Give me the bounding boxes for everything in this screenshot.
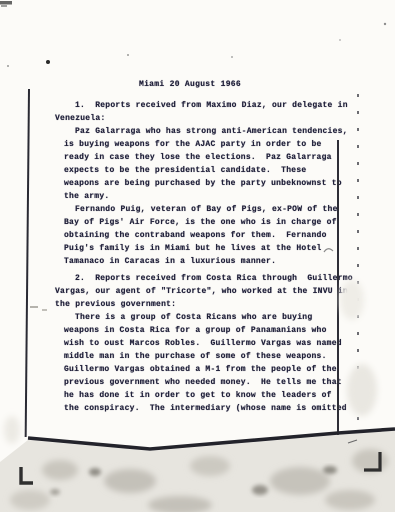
text-line: Puig's family is in Miami but he lives a… xyxy=(64,242,337,255)
text-line: Bay of Pigs' Air Force, is the one who i… xyxy=(64,216,337,229)
page-right-edge-line xyxy=(337,140,339,437)
text-line: There is a group of Costa Ricans who are… xyxy=(75,311,337,324)
text-line: wish to oust Marcos Robles. Guillermo Va… xyxy=(64,337,337,350)
text-line: Tamanaco in Caracas in a luxurious manne… xyxy=(64,255,337,268)
scanned-document-page: Miami 20 August 1966 1. Reports received… xyxy=(0,0,395,512)
text-line: Vargas, our agent of "Tricorte", who wor… xyxy=(55,285,337,298)
page-bottom-edge-line xyxy=(28,429,395,449)
text-line: Venezuela: xyxy=(55,112,337,125)
text-line: weapons are being purchased by the party… xyxy=(64,177,337,190)
text-line: the conspiracy. The intermediary (whose … xyxy=(64,402,337,415)
text-line: Guillermo Vargas obtained a M-1 from the… xyxy=(64,363,337,376)
text-line: 2. Reports received from Costa Rica thro… xyxy=(75,272,337,285)
page-left-edge-line xyxy=(25,89,30,437)
text-line: Paz Galarraga who has strong anti-Americ… xyxy=(75,125,337,138)
scanner-background-noise xyxy=(0,430,395,512)
text-line: ready in case they lose the elections. P… xyxy=(64,151,337,164)
text-line: Fernando Puig, veteran of Bay of Pigs, e… xyxy=(75,203,337,216)
text-line: the army. xyxy=(64,190,337,203)
text-line: is buying weapons for the AJAC party in … xyxy=(64,138,337,151)
document-body: 1. Reports received from Maximo Diaz, ou… xyxy=(55,99,337,415)
small-tick-mark xyxy=(348,440,357,443)
paragraph: 2. Reports received from Costa Rica thro… xyxy=(55,272,337,311)
text-line: middle man in the purchase of some of th… xyxy=(64,350,337,363)
date-line: Miami 20 August 1966 xyxy=(0,80,380,89)
text-line: expects to be the presidential candidate… xyxy=(64,164,337,177)
text-line: weapons in Costa Rica for a group of Pan… xyxy=(64,324,337,337)
text-line: obtaining the contraband weapons for the… xyxy=(64,229,337,242)
paragraph: Fernando Puig, veteran of Bay of Pigs, e… xyxy=(64,203,337,268)
paragraph: Paz Galarraga who has strong anti-Americ… xyxy=(64,125,337,203)
text-line: previous government who needed money. He… xyxy=(64,376,337,389)
text-line: 1. Reports received from Maximo Diaz, ou… xyxy=(75,99,337,112)
binder-perforation-dashes xyxy=(357,94,359,442)
paragraph: There is a group of Costa Ricans who are… xyxy=(64,311,337,415)
text-line: he has done it in order to get to know t… xyxy=(64,389,337,402)
paragraph: 1. Reports received from Maximo Diaz, ou… xyxy=(55,99,337,125)
text-line: the previous government: xyxy=(55,298,337,311)
